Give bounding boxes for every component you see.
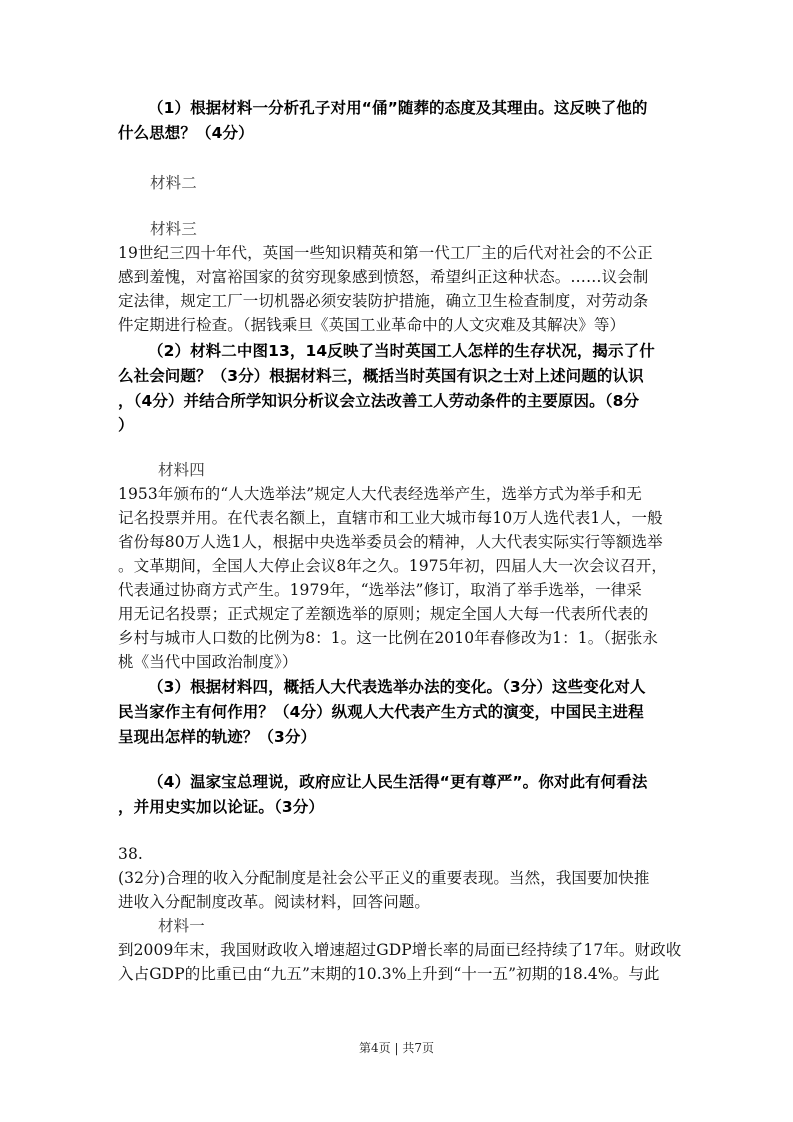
question-38-material-1-line-2: 入占GDP的比重已由“九五”末期的10.3%上升到“十一五”初期的18.4%。与… bbox=[118, 963, 678, 985]
material-2-label: 材料二 bbox=[150, 172, 710, 194]
question-3-line-2: 民当家作主有何作用？（4分）纵观人大代表产生方式的演变，中国民主进程 bbox=[118, 701, 678, 723]
material-4-line-6: 用无记名投票；正式规定了差额选举的原则；规定全国人大每一代表所代表的 bbox=[118, 603, 678, 625]
question-4-line-2: ，并用史实加以论证。（3分） bbox=[118, 796, 678, 818]
question-3-line-3: 呈现出怎样的轨迹？（3分） bbox=[118, 726, 678, 748]
question-1-line-2: 什么思想？（4分） bbox=[118, 122, 678, 144]
question-2-line-3: ，（4分）并结合所学知识分析议会立法改善工人劳动条件的主要原因。（8分 bbox=[118, 390, 678, 412]
question-38-material-1-line-1: 到2009年末，我国财政收入增速超过GDP增长率的局面已经持续了17年。财政收 bbox=[118, 939, 678, 961]
question-1-line-1: （1）根据材料一分析孔子对用“俑”随葬的态度及其理由。这反映了他的 bbox=[148, 97, 708, 119]
material-4-label: 材料四 bbox=[158, 459, 718, 481]
question-2-line-4: ） bbox=[118, 414, 678, 436]
page-indicator: 第4页 | 共7页 bbox=[0, 1039, 793, 1056]
material-3-line-1: 19世纪三四十年代，英国一些知识精英和第一代工厂主的后代对社会的不公正 bbox=[118, 242, 678, 264]
question-38-line-2: 进收入分配制度改革。阅读材料，回答问题。 bbox=[118, 891, 678, 913]
question-38-line-1: (32分)合理的收入分配制度是社会公平正义的重要表现。当然，我国要加快推 bbox=[118, 867, 678, 889]
material-4-line-7: 乡村与城市人口数的比例为8：1。这一比例在2010年春修改为1：1。（据张永 bbox=[118, 627, 678, 649]
question-2-line-1: （2）材料二中图13，14反映了当时英国工人怎样的生存状况，揭示了什 bbox=[148, 340, 708, 362]
material-4-line-1: 1953年颁布的“人大选举法”规定人大代表经选举产生，选举方式为举手和无 bbox=[118, 483, 678, 505]
question-3-line-1: （3）根据材料四，概括人大代表选举办法的变化。（3分）这些变化对人 bbox=[148, 676, 708, 698]
question-38-number: 38. bbox=[118, 843, 678, 865]
material-3-line-3: 定法律，规定工厂一切机器必须安装防护措施，确立卫生检查制度，对劳动条 bbox=[118, 290, 678, 312]
material-4-line-5: 代表通过协商方式产生。1979年，“选举法”修订，取消了举手选举，一律采 bbox=[118, 579, 678, 601]
question-4-line-1: （4）温家宝总理说，政府应让人民生活得“更有尊严”。你对此有何看法 bbox=[148, 771, 708, 793]
material-4-line-2: 记名投票并用。在代表名额上，直辖市和工业大城市每10万人选代表1人，一般 bbox=[118, 507, 678, 529]
material-3-label: 材料三 bbox=[150, 218, 710, 240]
question-38-material-1-label: 材料一 bbox=[158, 915, 718, 937]
material-3-line-4: 件定期进行检查。（据钱乘旦《英国工业革命中的人文灾难及其解决》等） bbox=[118, 314, 678, 336]
material-4-line-3: 省份每80万人选1人，根据中央选举委员会的精神，人大代表实际实行等额选举 bbox=[118, 531, 678, 553]
question-2-line-2: 么社会问题？（3分）根据材料三，概括当时英国有识之士对上述问题的认识 bbox=[118, 365, 678, 387]
material-3-line-2: 感到羞愧，对富裕国家的贫穷现象感到愤怒，希望纠正这种状态。……议会制 bbox=[118, 266, 678, 288]
material-4-line-8: 桃《当代中国政治制度》） bbox=[118, 651, 678, 673]
material-4-line-4: 。文革期间，全国人大停止会议8年之久。1975年初，四届人大一次会议召开， bbox=[118, 555, 678, 577]
